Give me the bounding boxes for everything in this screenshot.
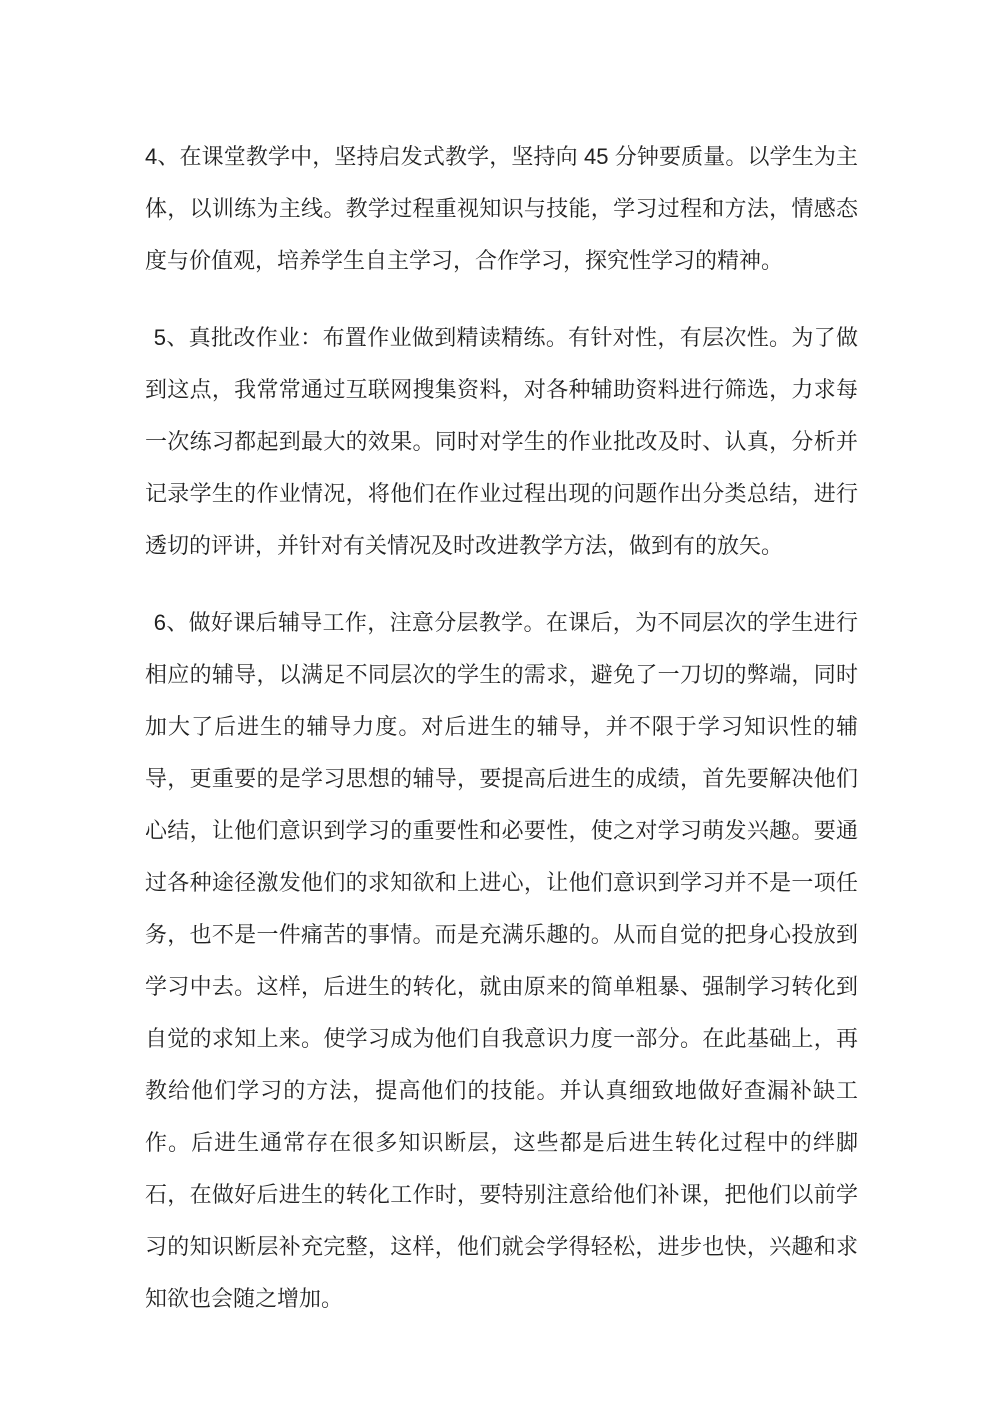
paragraph-5: 5、真批改作业：布置作业做到精读精练。有针对性，有层次性。为了做到这点，我常常通…: [145, 312, 858, 572]
document-page: 4、在课堂教学中，坚持启发式教学，坚持向 45 分钟要质量。以学生为主体，以训练…: [0, 0, 1000, 1425]
paragraph-4: 4、在课堂教学中，坚持启发式教学，坚持向 45 分钟要质量。以学生为主体，以训练…: [145, 131, 858, 287]
paragraph-6: 6、做好课后辅导工作，注意分层教学。在课后，为不同层次的学生进行相应的辅导，以满…: [145, 597, 858, 1325]
